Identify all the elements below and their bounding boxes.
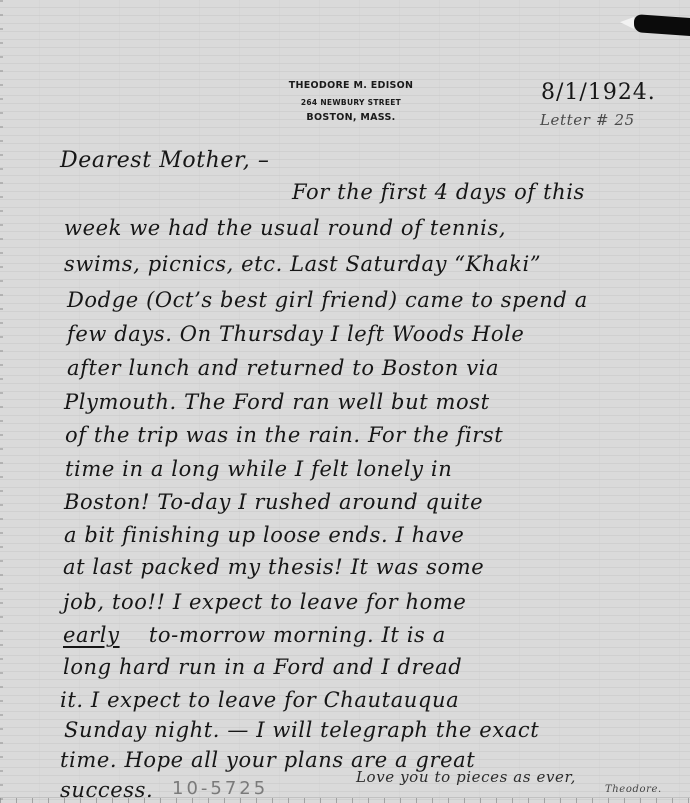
body-line: time in a long while I felt lonely in xyxy=(65,457,452,481)
body-line: success. xyxy=(60,778,153,802)
body-line: job, too!! I expect to leave for home xyxy=(63,590,466,614)
page-left-edge xyxy=(0,0,3,803)
ink-blot-corner xyxy=(634,14,690,36)
body-line: it. I expect to leave for Chautauqua xyxy=(60,688,459,712)
body-line: week we had the usual round of tennis, xyxy=(64,216,506,240)
body-line: swims, picnics, etc. Last Saturday “Khak… xyxy=(64,252,541,276)
body-line: Dodge (Oct’s best girl friend) came to s… xyxy=(67,288,588,312)
body-line: Sunday night. — I will telegraph the exa… xyxy=(64,718,539,742)
body-line: at last packed my thesis! It was some xyxy=(63,555,484,579)
salutation: Dearest Mother, – xyxy=(60,148,270,173)
letterhead: THEODORE M. EDISON 264 NEWBURY STREET BO… xyxy=(276,80,426,124)
body-line-text: to-morrow morning. It is a xyxy=(149,623,446,647)
underlined-word: early xyxy=(63,623,120,647)
body-line: long hard run in a Ford and I dread xyxy=(63,655,462,679)
body-line: of the trip was in the rain. For the fir… xyxy=(65,423,503,447)
body-line: after lunch and returned to Boston via xyxy=(67,356,499,380)
body-line: Plymouth. The Ford ran well but most xyxy=(64,390,490,414)
letterhead-street: 264 NEWBURY STREET xyxy=(276,96,426,110)
letter-number: Letter # 25 xyxy=(540,111,635,129)
body-line: a bit finishing up loose ends. I have xyxy=(64,523,464,547)
body-line: few days. On Thursday I left Woods Hole xyxy=(67,322,524,346)
letterhead-city: BOSTON, MASS. xyxy=(276,112,426,124)
body-line: For the first 4 days of this xyxy=(292,180,585,204)
letter-date: 8/1/1924. xyxy=(541,80,656,105)
letterhead-name: THEODORE M. EDISON xyxy=(276,80,426,92)
closing: Love you to pieces as ever, xyxy=(356,768,576,786)
pencil-annotation: 10-5725 xyxy=(172,778,268,799)
body-line-with-underline: early to-morrow morning. It is a xyxy=(63,623,446,647)
body-line: Boston! To-day I rushed around quite xyxy=(64,490,483,514)
signature: Theodore. xyxy=(605,784,662,795)
letter-page: THEODORE M. EDISON 264 NEWBURY STREET BO… xyxy=(0,0,690,803)
